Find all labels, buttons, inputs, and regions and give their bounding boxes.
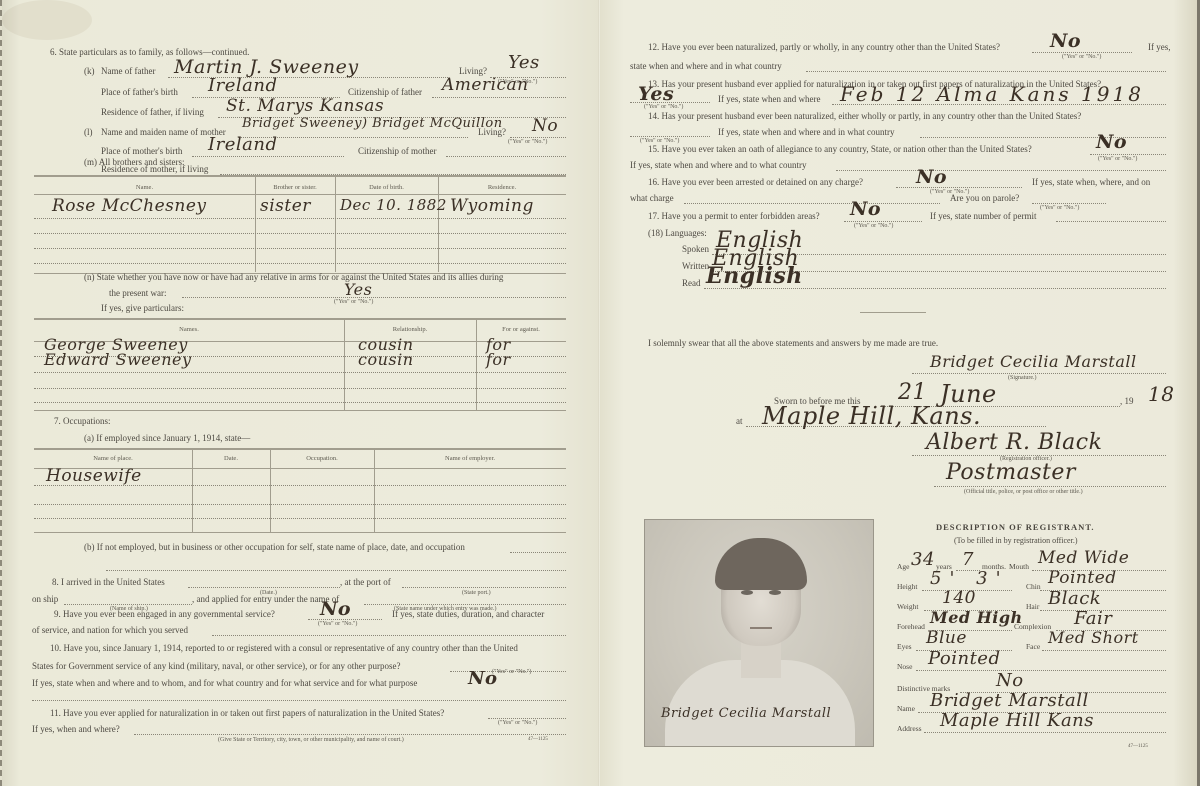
q8-ship-line [64, 604, 192, 605]
q16-answer-line [896, 187, 1022, 188]
title-value: Postmaster [946, 460, 1076, 485]
read-value: English [706, 263, 803, 289]
q10-followup-line [32, 700, 566, 701]
header-rule [34, 194, 566, 195]
col-divider [335, 177, 336, 272]
row-line [34, 248, 566, 249]
table-rule [34, 448, 566, 450]
chin-value: Pointed [1048, 568, 1117, 588]
q16-parole-line [1032, 203, 1106, 204]
col-header-relationship: Relationship. [344, 326, 476, 333]
relatives-answer-line [182, 297, 566, 298]
label-l: (l) [84, 127, 93, 137]
not-employed-line-2 [106, 570, 566, 571]
marks-value: No [996, 670, 1024, 691]
officer-value: Albert R. Black [926, 430, 1102, 455]
section-divider [860, 312, 926, 313]
q8-date-line [188, 587, 340, 588]
mouth-label: Mouth [1009, 562, 1029, 571]
mother-citizenship-line [446, 156, 566, 157]
yes-no-hint: ("Yes" or "No.") [318, 621, 357, 627]
q9-question: 9. Have you ever been engaged in any gov… [54, 609, 275, 619]
photo-caption: Bridget Cecilia Marstall [661, 706, 831, 721]
age-label: Age [897, 562, 910, 571]
q11-followup: If yes, when and where? [32, 724, 120, 734]
father-residence-value: St. Marys Kansas [226, 96, 384, 116]
col-header-date: Date. [192, 455, 270, 462]
q8-arrived-label: 8. I arrived in the United States [52, 577, 165, 587]
signature-line [912, 373, 1166, 374]
q12-followup-b: state when and where and in what country [630, 61, 782, 71]
father-residence-label: Residence of father, if living [101, 107, 204, 117]
yes-no-hint: ("Yes" or "No.") [1098, 156, 1137, 162]
paper-stain [2, 0, 92, 40]
title-line [934, 486, 1166, 487]
document-spread: 6. State particulars as to family, as fo… [0, 0, 1200, 786]
q12-answer-line [1032, 52, 1132, 53]
q8-ship-label: on ship [32, 594, 58, 604]
mother-name-label: Name and maiden name of mother [101, 127, 226, 137]
q17-followup-line [1056, 221, 1166, 222]
q17-followup: If yes, state number of permit [930, 211, 1036, 221]
row-line [34, 233, 566, 234]
at-label: at [736, 416, 743, 426]
q14-followup: If yes, state when and where and in what… [718, 127, 894, 137]
q14-question: 14. Has your present husband ever been n… [648, 111, 1081, 121]
q14-answer-line [630, 136, 710, 137]
label-k: (k) [84, 66, 95, 76]
table-rule [34, 175, 566, 177]
col-divider [344, 320, 345, 410]
parole-hint: ("Yes" or "No.") [1040, 205, 1079, 211]
q12-question: 12. Have you ever been naturalized, part… [648, 42, 1000, 52]
face-value: Med Short [1048, 628, 1139, 647]
eyes-label: Eyes [897, 642, 912, 651]
table-bottom [34, 532, 566, 533]
q10-answer: No [468, 668, 497, 689]
particulars-label: If yes, give particulars: [101, 303, 184, 313]
left-page: 6. State particulars as to family, as fo… [0, 0, 600, 786]
col-header-names: Names. [34, 326, 344, 333]
title-hint: (Official title, police, or post office … [964, 489, 1083, 495]
col-header-dob: Date of birth. [335, 184, 438, 191]
q12-followup: If yes, [1148, 42, 1171, 52]
form-number: 47—1125 [1128, 744, 1148, 749]
chin-label: Chin [1026, 582, 1041, 591]
relative-relationship: cousin [358, 350, 414, 369]
father-birth-value: Ireland [208, 75, 277, 96]
complexion-value: Fair [1074, 608, 1112, 629]
father-citizenship-value: American [442, 75, 529, 95]
q14-followup-line [920, 137, 1166, 138]
col-header-place: Name of place. [34, 455, 192, 462]
q16-followup: If yes, state when, where, and on [1032, 177, 1150, 187]
photo-hair [715, 538, 807, 590]
sibling-relation: sister [260, 196, 311, 216]
yes-no-hint: ("Yes" or "No.") [498, 720, 537, 726]
q17-question: 17. Have you a permit to enter forbidden… [648, 211, 820, 221]
col-divider [438, 177, 439, 272]
employed-label: (a) If employed since January 1, 1914, s… [84, 433, 250, 443]
q15-followup-line [836, 170, 1166, 171]
hair-label: Hair [1026, 602, 1039, 611]
not-employed-line [510, 552, 566, 553]
q11-question: 11. Have you ever applied for naturaliza… [50, 708, 444, 718]
age-months: 7 [962, 549, 974, 570]
q15-answer: No [1096, 131, 1127, 153]
q13-answer: Yes [638, 83, 674, 105]
row-line [34, 504, 566, 505]
q9-followup: If yes, state duties, duration, and char… [392, 609, 544, 619]
col-header-name: Name. [34, 184, 255, 191]
address-line [924, 732, 1166, 733]
row-line [34, 263, 566, 264]
mother-birth-line [192, 156, 344, 157]
q16-charge-line [684, 203, 940, 204]
face-label: Face [1026, 642, 1040, 651]
col-header-employer: Name of employer. [374, 455, 566, 462]
q8-port-label: , at the port of [340, 577, 391, 587]
height-label: Height [897, 582, 917, 591]
col-header-for-against: For or against. [476, 326, 566, 333]
weight-label: Weight [897, 602, 918, 611]
languages-label: (18) Languages: [648, 228, 707, 238]
oath-statement: I solemnly swear that all the above stat… [648, 338, 938, 348]
not-employed-label: (b) If not employed, but in business or … [84, 542, 465, 552]
address-value: Maple Hill Kans [940, 710, 1094, 731]
q13-followup: If yes, state when and where [718, 94, 820, 104]
col-header-occupation: Occupation. [270, 455, 374, 462]
address-label: Address [897, 724, 922, 733]
forehead-label: Forehead [897, 622, 925, 631]
mother-name-value: Bridget Sweeney) Bridget McQuillon [242, 116, 503, 131]
age-years: 34 [911, 549, 935, 570]
spoken-label: Spoken [682, 244, 709, 254]
q16-question: 16. Have you ever been arrested or detai… [648, 177, 863, 187]
relatives-question-cont: the present war: [109, 288, 166, 298]
q10-question: 10. Have you, since January 1, 1914, rep… [50, 643, 518, 653]
photo-eye [769, 590, 781, 595]
yes-no-hint: ("Yes" or "No.") [854, 223, 893, 229]
q8-port-line [402, 587, 566, 588]
photo-mouth [750, 627, 772, 629]
mother-birth-label: Place of mother's birth [101, 146, 182, 156]
col-header-residence: Residence. [438, 184, 566, 191]
relatives-question: (n) State whether you have now or have h… [84, 272, 503, 282]
father-birth-label: Place of father's birth [101, 87, 178, 97]
q9-followup-line [212, 635, 566, 636]
yes-no-hint: ("Yes" or "No.") [492, 669, 531, 675]
sibling-dob: Dec 10. 1882 [340, 196, 447, 214]
q12-followup-line [806, 71, 1166, 72]
hair-value: Black [1048, 588, 1101, 609]
row-line [34, 372, 566, 373]
row-line [34, 218, 566, 219]
q16-answer: No [916, 166, 947, 188]
mother-living-label: Living? [478, 127, 506, 137]
nose-label: Nose [897, 662, 912, 671]
mother-living-value: No [532, 116, 558, 136]
mother-birth-value: Ireland [208, 134, 277, 155]
q17-answer: No [850, 198, 881, 220]
row-line [34, 402, 566, 403]
relative-name: Edward Sweeney [44, 350, 192, 369]
yes-no-hint: ("Yes" or "No.") [334, 299, 373, 305]
col-divider [476, 320, 477, 410]
occupation-place: Housewife [46, 466, 142, 486]
name-value: Bridget Marstall [930, 690, 1089, 711]
q15-question: 15. Have you ever taken an oath of alleg… [648, 144, 1032, 154]
col-divider [374, 450, 375, 532]
relative-for-against: for [486, 350, 511, 369]
mother-living-line [510, 137, 566, 138]
father-living-value: Yes [508, 52, 540, 73]
q16-parole-label: Are you on parole? [950, 193, 1019, 203]
yes-no-hint: ("Yes" or "No.") [644, 104, 683, 110]
row-line [34, 388, 566, 389]
eyes-value: Blue [926, 628, 967, 648]
forehead-value: Med High [930, 608, 1023, 627]
table-rule [34, 318, 566, 320]
face-line [1042, 650, 1166, 651]
complexion-label: Complexion [1014, 622, 1051, 631]
father-name-label: Name of father [101, 66, 155, 76]
form-number: 47—1125 [528, 737, 548, 742]
q13-followup-value: Feb 12 Alma Kans 1918 [840, 82, 1144, 106]
signature-hint: (Signature.) [1008, 375, 1037, 381]
q11-followup-hint: (Give State or Territory, city, town, or… [218, 737, 404, 743]
nose-line [916, 670, 1166, 671]
q11-answer-line [488, 718, 566, 719]
col-header-relation: Brother or sister. [255, 184, 335, 191]
q16-followup-b: what charge [630, 193, 674, 203]
col-divider [270, 450, 271, 532]
read-label: Read [682, 278, 701, 288]
weight-value: 140 [942, 588, 976, 608]
name-label: Name [897, 704, 915, 713]
q9-followup-cont: of service, and nation for which you ser… [32, 625, 188, 635]
height-value: 5' 3' [930, 568, 1009, 589]
q11-followup-line [134, 734, 566, 735]
registrant-photo: Bridget Cecilia Marstall [644, 519, 874, 747]
q8-port-hint: (State port.) [462, 590, 491, 596]
sibling-residence: Wyoming [450, 196, 534, 216]
q8-entry-label: , and applied for entry under the name o… [192, 594, 339, 604]
q15-followup: If yes, state when and where and to what… [630, 160, 806, 170]
yes-no-hint: ("Yes" or "No.") [1062, 54, 1101, 60]
siblings-label: (m) All brothers and sisters: [84, 157, 185, 167]
photo-eye [741, 590, 753, 595]
row-line [34, 518, 566, 519]
year-prefix: , 19 [1120, 396, 1134, 406]
at-value: Maple Hill, Kans. [762, 402, 981, 430]
nose-value: Pointed [928, 648, 1000, 669]
q17-answer-line [844, 221, 922, 222]
mouth-value: Med Wide [1038, 548, 1129, 568]
year-suffix: 18 [1148, 382, 1174, 406]
col-divider [192, 450, 193, 532]
col-divider [255, 177, 256, 272]
mother-citizenship-label: Citizenship of mother [358, 146, 437, 156]
q10-question-cont: States for Government service of any kin… [32, 661, 401, 671]
q8-entry-line [364, 604, 566, 605]
description-title: DESCRIPTION OF REGISTRANT. [936, 522, 1094, 532]
table-bottom [34, 410, 566, 411]
q9-answer: No [320, 598, 351, 620]
sibling-name: Rose McChesney [52, 196, 207, 216]
relatives-answer: Yes [344, 280, 372, 299]
signature-value: Bridget Cecilia Marstall [930, 352, 1137, 371]
q10-followup: If yes, state when and where and to whom… [32, 678, 417, 688]
q12-answer: No [1050, 30, 1081, 52]
yes-no-hint: ("Yes" or "No.") [508, 139, 547, 145]
q15-answer-line [1090, 154, 1166, 155]
description-subtitle: (To be filled in by registration officer… [954, 536, 1077, 545]
occupations-heading: 7. Occupations: [54, 416, 111, 426]
father-citizenship-line [432, 97, 566, 98]
